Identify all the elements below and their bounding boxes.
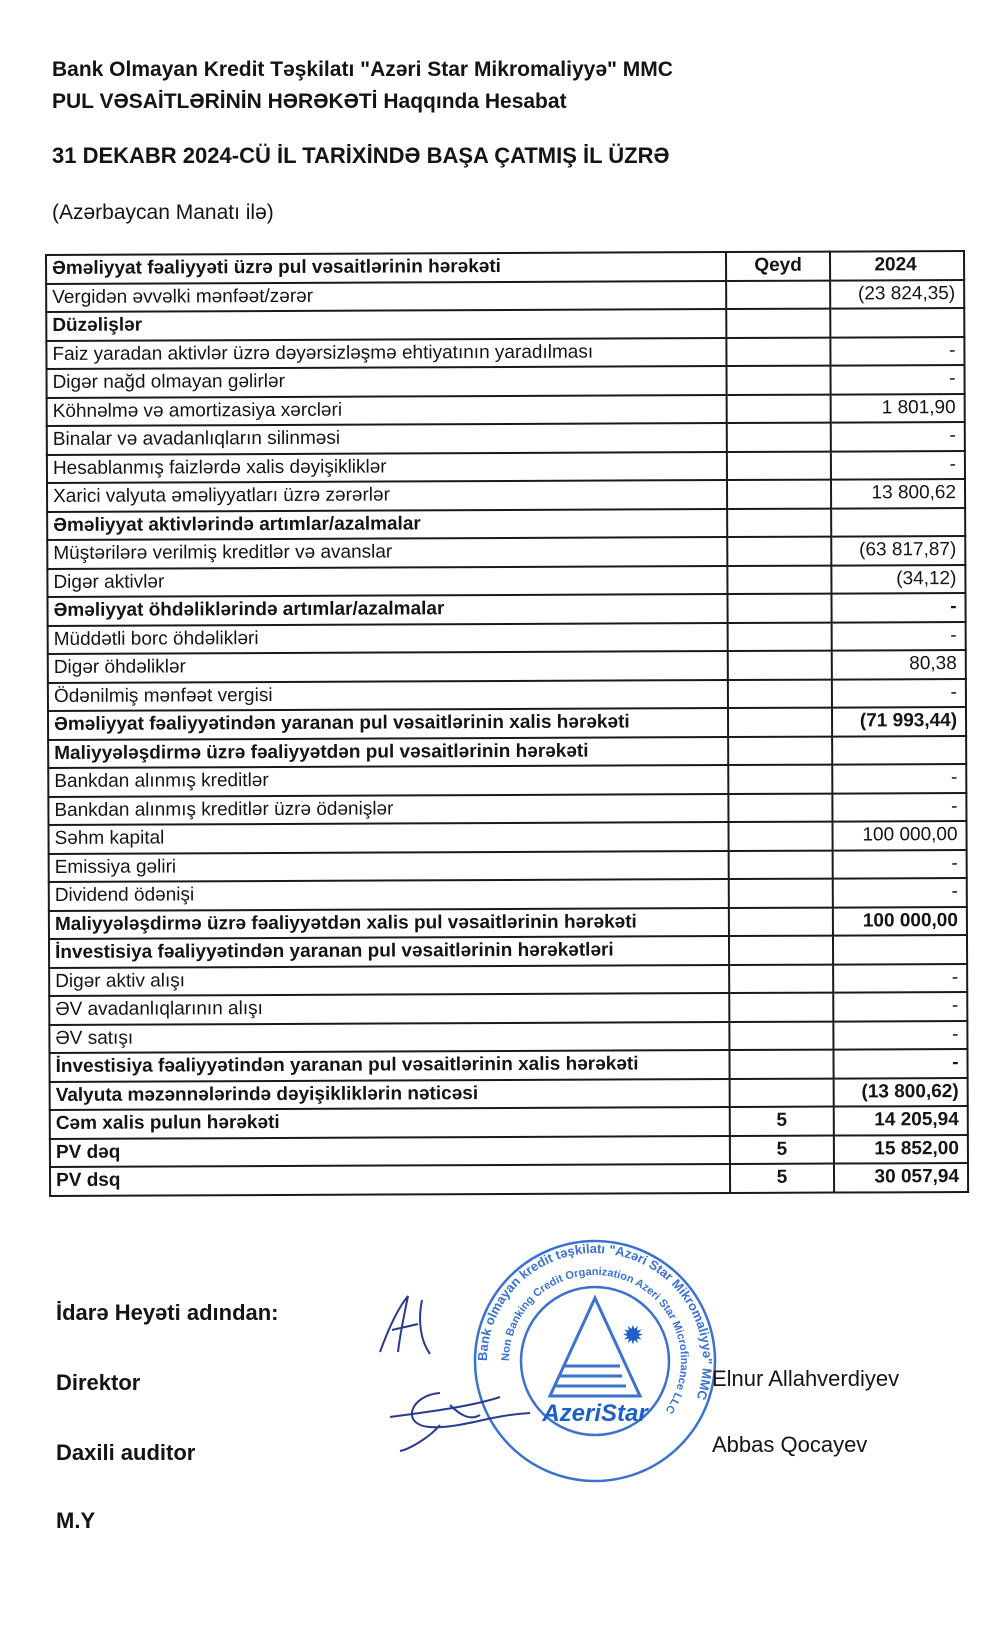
column-header-year: 2024 [830, 251, 964, 280]
row-value: 30 057,94 [834, 1163, 968, 1192]
stamp-logo-text: AzeriStar [541, 1400, 649, 1427]
row-note [730, 1078, 834, 1107]
row-value: - [833, 1049, 967, 1078]
row-note: 5 [730, 1135, 834, 1164]
row-note: 5 [730, 1107, 834, 1136]
column-header-note: Qeyd [726, 252, 830, 281]
row-value: - [831, 450, 965, 479]
row-value: - [832, 678, 966, 707]
row-value: - [833, 963, 967, 992]
row-value: 15 852,00 [834, 1134, 968, 1163]
row-label: ƏV avadanlıqlarının alışı [49, 993, 729, 1024]
director-signature [370, 1290, 460, 1360]
table-row: Emissiya gəliri- [49, 849, 967, 882]
row-note: 5 [730, 1164, 834, 1193]
director-name: Elnur Allahverdiyev [712, 1366, 899, 1392]
row-note [728, 736, 832, 765]
row-value [830, 308, 964, 337]
row-label: Əməliyyat fəaliyyətindən yaranan pul vəs… [48, 708, 728, 739]
table-row: Dividend ödənişi- [49, 878, 967, 911]
row-value: - [830, 365, 964, 394]
table-row: Bankdan alınmış kreditlər üzrə ödənişlər… [48, 792, 966, 825]
row-note [726, 280, 830, 309]
cash-flow-table: Əməliyyat fəaliyyəti üzrə pul vəsaitləri… [45, 250, 969, 1197]
row-label: Dividend ödənişi [49, 879, 729, 910]
row-note [727, 394, 831, 423]
row-label: Digər aktivlər [47, 566, 727, 597]
row-value [831, 507, 965, 536]
board-label: İdarə Heyəti adından: [56, 1300, 279, 1326]
row-label: Əməliyyat öhdəliklərində artımlar/azalma… [47, 594, 727, 625]
table-row: Digər aktivlər(34,12) [47, 564, 965, 597]
row-note [727, 537, 831, 566]
table-row: Müştərilərə verilmiş kreditlər və avansl… [47, 536, 965, 569]
row-value: (63 817,87) [831, 536, 965, 565]
table-row: Köhnəlmə və amortizasiya xərcləri1 801,9… [47, 393, 965, 426]
row-value: (34,12) [831, 564, 965, 593]
table-row: Vergidən əvvəlki mənfəət/zərər(23 824,35… [46, 279, 964, 312]
auditor-name: Abbas Qocayev [712, 1432, 867, 1458]
table-header-row: Əməliyyat fəaliyyəti üzrə pul vəsaitləri… [46, 251, 964, 284]
row-label: Səhm kapital [48, 822, 728, 853]
row-value [833, 935, 967, 964]
table-row: Düzəlişlər [46, 308, 964, 341]
row-label: Ödənilmiş mənfəət vergisi [48, 680, 728, 711]
row-label: Müştərilərə verilmiş kreditlər və avansl… [47, 537, 727, 568]
table-row: PV dəq515 852,00 [50, 1134, 968, 1167]
row-value: - [833, 849, 967, 878]
row-value: 1 801,90 [831, 393, 965, 422]
table-row: Səhm kapital100 000,00 [48, 821, 966, 854]
company-name: Bank Olmayan Kredit Təşkilatı "Azəri Sta… [52, 58, 673, 82]
row-value: 13 800,62 [831, 479, 965, 508]
row-note [727, 451, 831, 480]
table-row: İnvestisiya fəaliyyətindən yaranan pul v… [49, 1049, 967, 1082]
table-row: Cəm xalis pulun hərəkəti514 205,94 [50, 1106, 968, 1139]
table-row: İnvestisiya fəaliyyətindən yaranan pul v… [49, 935, 967, 968]
row-label: İnvestisiya fəaliyyətindən yaranan pul v… [49, 936, 729, 967]
row-note [729, 850, 833, 879]
row-note [726, 309, 830, 338]
row-label: Digər aktiv alışı [49, 965, 729, 996]
row-label: PV dsq [50, 1164, 730, 1195]
row-note [728, 822, 832, 851]
row-value: - [833, 992, 967, 1021]
row-value: 100 000,00 [833, 906, 967, 935]
table-row: ƏV satışı- [49, 1020, 967, 1053]
row-note [727, 565, 831, 594]
row-note [727, 508, 831, 537]
report-title: PUL VƏSAİTLƏRİNİN HƏRƏKƏTİ Haqqında Hesa… [52, 90, 567, 114]
column-header-description: Əməliyyat fəaliyyəti üzrə pul vəsaitləri… [46, 252, 726, 283]
row-value: - [832, 764, 966, 793]
row-label: PV dəq [50, 1136, 730, 1167]
table-row: Maliyyələşdirmə üzrə fəaliyyətdən xalis … [49, 906, 967, 939]
row-note [726, 366, 830, 395]
row-label: Digər öhdəliklər [48, 651, 728, 682]
row-value: - [832, 792, 966, 821]
table-row: Hesablanmış faizlərdə xalis dəyişikliklə… [47, 450, 965, 483]
table-row: Ödənilmiş mənfəət vergisi- [48, 678, 966, 711]
row-label: Maliyyələşdirmə üzrə fəaliyyətdən pul və… [48, 737, 728, 768]
row-value: (23 824,35) [830, 279, 964, 308]
row-note [727, 594, 831, 623]
table-row: Xarici valyuta əməliyyatları üzrə zərərl… [47, 479, 965, 512]
row-value: - [833, 878, 967, 907]
row-note [729, 993, 833, 1022]
row-label: Emissiya gəliri [49, 851, 729, 882]
table-row: Əməliyyat aktivlərində artımlar/azalmala… [47, 507, 965, 540]
table-row: PV dsq530 057,94 [50, 1163, 968, 1196]
table-row: Digər aktiv alışı- [49, 963, 967, 996]
table-row: Binalar və avadanlıqların silinməsi- [47, 422, 965, 455]
table-row: Bankdan alınmış kreditlər- [48, 764, 966, 797]
table-row: Digər nağd olmayan gəlirlər- [47, 365, 965, 398]
row-note [729, 964, 833, 993]
row-label: Köhnəlmə və amortizasiya xərcləri [47, 395, 727, 426]
currency-note: (Azərbaycan Manatı ilə) [52, 201, 274, 225]
row-label: Bankdan alınmış kreditlər üzrə ödənişlər [48, 794, 728, 825]
table-row: Faiz yaradan aktivlər üzrə dəyərsizləşmə… [46, 336, 964, 369]
table-row: Müddətli borc öhdəlikləri- [48, 621, 966, 654]
row-label: Bankdan alınmış kreditlər [48, 765, 728, 796]
table-row: ƏV avadanlıqlarının alışı- [49, 992, 967, 1025]
row-label: Faiz yaradan aktivlər üzrə dəyərsizləşmə… [46, 338, 726, 369]
auditor-signature [380, 1385, 540, 1455]
row-label: Xarici valyuta əməliyyatları üzrə zərərl… [47, 480, 727, 511]
row-label: Cəm xalis pulun hərəkəti [50, 1107, 730, 1138]
row-value: 14 205,94 [834, 1106, 968, 1135]
row-note [729, 936, 833, 965]
table-row: Əməliyyat fəaliyyətindən yaranan pul vəs… [48, 707, 966, 740]
row-value: - [830, 336, 964, 365]
row-note [729, 907, 833, 936]
row-label: ƏV satışı [49, 1022, 729, 1053]
row-note [729, 1050, 833, 1079]
row-note [728, 765, 832, 794]
row-note [728, 679, 832, 708]
row-label: Digər nağd olmayan gəlirlər [47, 366, 727, 397]
row-note [728, 622, 832, 651]
row-note [727, 480, 831, 509]
table-row: Əməliyyat öhdəliklərində artımlar/azalma… [47, 593, 965, 626]
row-note [729, 879, 833, 908]
row-value [832, 735, 966, 764]
row-value: - [832, 621, 966, 650]
row-label: Əməliyyat aktivlərində artımlar/azalmala… [47, 509, 727, 540]
auditor-title: Daxili auditor [56, 1440, 195, 1466]
stamp-star-icon: ✹ [622, 1320, 644, 1350]
row-note [728, 651, 832, 680]
table-row: Valyuta məzənnələrində dəyişikliklərin n… [50, 1077, 968, 1110]
director-title: Direktor [56, 1370, 140, 1396]
row-value: 100 000,00 [832, 821, 966, 850]
row-label: Hesablanmış faizlərdə xalis dəyişikliklə… [47, 452, 727, 483]
row-value: (71 993,44) [832, 707, 966, 736]
row-note [728, 708, 832, 737]
row-label: Vergidən əvvəlki mənfəət/zərər [46, 281, 726, 312]
seal-place-label: M.Y [56, 1508, 95, 1534]
row-value: (13 800,62) [834, 1077, 968, 1106]
row-note [729, 1021, 833, 1050]
row-label: İnvestisiya fəaliyyətindən yaranan pul v… [49, 1050, 729, 1081]
row-note [727, 423, 831, 452]
row-value: 80,38 [832, 650, 966, 679]
row-label: Valyuta məzənnələrində dəyişikliklərin n… [50, 1079, 730, 1110]
row-label: Müddətli borc öhdəlikləri [48, 623, 728, 654]
report-period: 31 DEKABR 2024-CÜ İL TARİXİNDƏ BAŞA ÇATM… [52, 143, 669, 169]
table-row: Maliyyələşdirmə üzrə fəaliyyətdən pul və… [48, 735, 966, 768]
row-note [726, 337, 830, 366]
row-value: - [831, 422, 965, 451]
row-label: Maliyyələşdirmə üzrə fəaliyyətdən xalis … [49, 908, 729, 939]
row-value: - [833, 1020, 967, 1049]
row-label: Düzəlişlər [46, 309, 726, 340]
table-row: Digər öhdəliklər80,38 [48, 650, 966, 683]
row-value: - [831, 593, 965, 622]
row-label: Binalar və avadanlıqların silinməsi [47, 423, 727, 454]
row-note [728, 793, 832, 822]
